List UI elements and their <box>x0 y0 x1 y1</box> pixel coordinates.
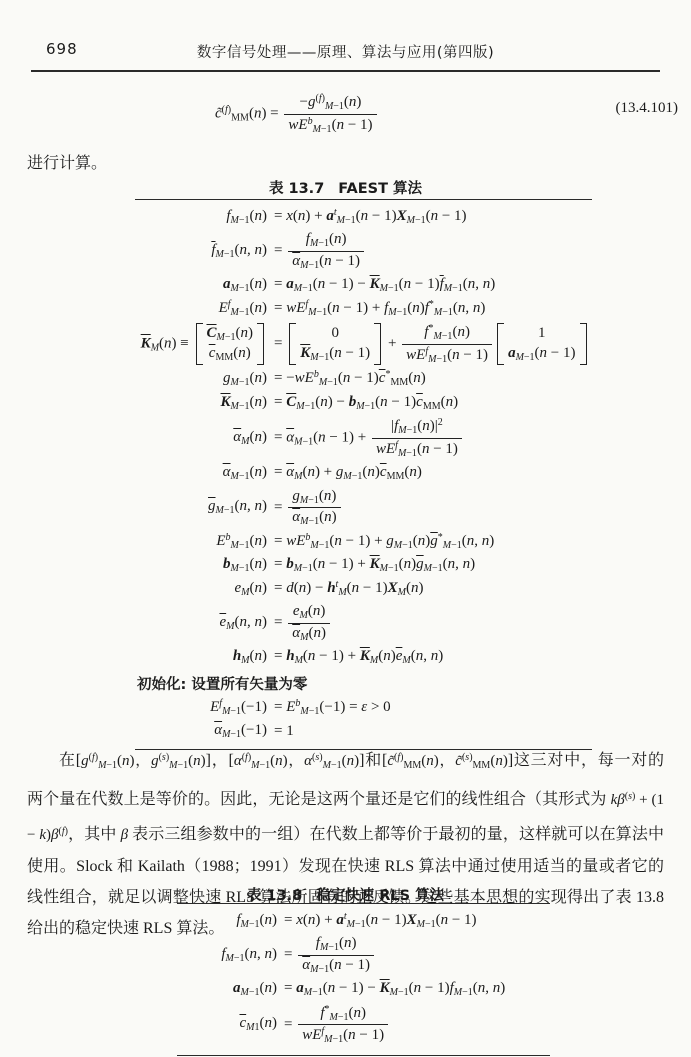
table-13-7-caption: 表 13.7FAEST 算法 <box>0 177 691 198</box>
display-equation-13-4-101: c̃(f)MM(n) = −g(f)M−1(n)wEbM−1(n − 1) (1… <box>0 86 691 142</box>
equation-row: EfM−1(n) = wEfM−1(n − 1) + fM−1(n)f*M−1(… <box>135 297 592 321</box>
equation-lhs: EfM−1(−1) <box>210 698 267 719</box>
equation-lhs: EfM−1(n) <box>219 299 267 320</box>
equation-row: eM(n) = d(n) − htM(n − 1)XM(n) <box>135 577 592 601</box>
equation-rhs: = aM−1(n − 1) − KM−1(n − 1)fM−1(n, n) <box>284 979 505 1000</box>
equation-lhs: fM−1(n, n) <box>221 945 277 966</box>
equation-lhs: aM−1(n) <box>223 275 267 296</box>
equation-row: EbM−1(n) = wEbM−1(n − 1) + gM−1(n)g*M−1(… <box>135 530 592 554</box>
equation-rhs: = aM−1(n − 1) − KM−1(n − 1)fM−1(n, n) <box>274 275 495 296</box>
equation-row: bM−1(n) = bM−1(n − 1) + KM−1(n)gM−1(n, n… <box>135 554 592 578</box>
page-header: 698 数字信号处理——原理、算法与应用(第四版) <box>0 40 691 62</box>
table-13-7-caption-label: 表 13.7 <box>269 181 324 197</box>
table-13-8-caption-label: 表 13.8 <box>247 888 302 904</box>
equation-lhs: bM−1(n) <box>223 555 267 576</box>
equation-lhs: gM−1(n) <box>223 369 267 390</box>
equation-rhs: = αM−1(n − 1) + |fM−1(n)|2wEfM−1(n − 1) <box>274 416 464 460</box>
equation-lhs: fM−1(n) <box>236 911 277 932</box>
equation-row: hM(n) = hM(n − 1) + KM(n)eM(n, n) <box>135 646 592 670</box>
equation-rhs: = −wEbM−1(n − 1)c*MM(n) <box>274 369 426 390</box>
equation-rhs: = CM−1(n) − bM−1(n − 1)cMM(n) <box>274 393 458 414</box>
equation-rhs: = d(n) − htM(n − 1)XM(n) <box>274 579 423 600</box>
equation-rhs: = hM(n − 1) + KM(n)eM(n, n) <box>274 647 443 668</box>
equation-lhs: cM1(n) <box>239 1014 277 1035</box>
equation-rhs: = wEfM−1(n − 1) + fM−1(n)f*M−1(n, n) <box>274 299 485 320</box>
equation-lhs: αM−1(n) <box>223 463 267 484</box>
lead-text: 进行计算。 <box>27 150 107 173</box>
equation-lhs: αM(n) <box>233 428 267 449</box>
equation-rhs: = 0KM−1(n − 1) + f*M−1(n)wEfM−1(n − 1)1a… <box>274 322 590 366</box>
equation-number: (13.4.101) <box>616 100 679 117</box>
equation-rhs: = x(n) + atM−1(n − 1)XM−1(n − 1) <box>284 911 477 932</box>
table-13-8-caption-text: 稳定快速 RLS 算法 <box>316 888 444 904</box>
equation-row: fM−1(n) = x(n) + atM−1(n − 1)XM−1(n − 1) <box>135 205 592 229</box>
equation-lhs: fM−1(n) <box>226 207 267 228</box>
equation-row: KM(n) ≡ CM−1(n)cMM(n) = 0KM−1(n − 1) + f… <box>135 321 592 368</box>
book-page: 698 数字信号处理——原理、算法与应用(第四版) c̃(f)MM(n) = −… <box>0 0 691 1057</box>
equation-lhs: fM−1(n, n) <box>211 241 267 262</box>
equation-rhs: = fM−1(n)αM−1(n − 1) <box>284 934 376 976</box>
equation-lhs: EbM−1(n) <box>216 532 267 553</box>
equation-row: gM−1(n, n) = gM−1(n)αM−1(n) <box>135 485 592 530</box>
equation-row: KM−1(n) = CM−1(n) − bM−1(n − 1)cMM(n) <box>135 391 592 415</box>
equation-row: αM(n) = αM−1(n − 1) + |fM−1(n)|2wEfM−1(n… <box>135 415 592 462</box>
table-13-7-equations: fM−1(n) = x(n) + atM−1(n − 1)XM−1(n − 1)… <box>135 205 592 669</box>
equation-row: cM1(n) = f*M−1(n)wEfM−1(n − 1) <box>177 1001 550 1048</box>
init-label: 初始化: 设置所有矢量为零 <box>135 669 592 696</box>
equation-row: αM−1(n) = αM(n) + gM−1(n)cMM(n) <box>135 462 592 486</box>
equation-lhs: eM(n) <box>234 579 267 600</box>
table-13-7: fM−1(n) = x(n) + atM−1(n − 1)XM−1(n − 1)… <box>135 199 592 750</box>
equation-rhs: = bM−1(n − 1) + KM−1(n)gM−1(n, n) <box>274 555 475 576</box>
equation-lhs: KM(n) ≡ CM−1(n)cMM(n) <box>141 322 267 366</box>
equation-rhs: = 1 <box>274 722 294 741</box>
equation-row: fM−1(n, n) = fM−1(n)αM−1(n − 1) <box>177 933 550 978</box>
equation-lhs: gM−1(n, n) <box>208 497 267 518</box>
equation-lhs: KM−1(n) <box>221 393 268 414</box>
equation-rhs: = f*M−1(n)wEfM−1(n − 1) <box>284 1003 390 1047</box>
equation-row: aM−1(n) = aM−1(n − 1) − KM−1(n − 1)fM−1(… <box>135 274 592 298</box>
equation-row: αM−1(−1) = 1 <box>135 720 592 744</box>
equation-lhs: aM−1(n) <box>233 979 277 1000</box>
equation-rhs: = fM−1(n)αM−1(n − 1) <box>274 230 366 272</box>
equation-row: EfM−1(−1) = EbM−1(−1) = ε > 0 <box>135 696 592 720</box>
equation-body: c̃(f)MM(n) = −g(f)M−1(n)wEbM−1(n − 1) <box>215 92 379 136</box>
table-13-8-caption: 表 13.8稳定快速 RLS 算法 <box>0 884 691 905</box>
equation-row: aM−1(n) = aM−1(n − 1) − KM−1(n − 1)fM−1(… <box>177 978 550 1002</box>
equation-row: gM−1(n) = −wEbM−1(n − 1)c*MM(n) <box>135 368 592 392</box>
equation-row: fM−1(n, n) = fM−1(n)αM−1(n − 1) <box>135 229 592 274</box>
header-title: 数字信号处理——原理、算法与应用(第四版) <box>0 41 691 62</box>
equation-rhs: = x(n) + atM−1(n − 1)XM−1(n − 1) <box>274 207 467 228</box>
table-13-8-equations: fM−1(n) = x(n) + atM−1(n − 1)XM−1(n − 1)… <box>177 909 550 1048</box>
equation-rhs: = gM−1(n)αM−1(n) <box>274 487 343 529</box>
table-13-7-init-equations: EfM−1(−1) = EbM−1(−1) = ε > 0 αM−1(−1) =… <box>135 696 592 743</box>
table-13-7-caption-text: FAEST 算法 <box>338 181 422 197</box>
equation-rhs: = EbM−1(−1) = ε > 0 <box>274 698 391 719</box>
equation-row: eM(n, n) = eM(n)αM(n) <box>135 601 592 646</box>
equation-row: fM−1(n) = x(n) + atM−1(n − 1)XM−1(n − 1) <box>177 909 550 933</box>
table-13-8: fM−1(n) = x(n) + atM−1(n − 1)XM−1(n − 1)… <box>177 903 550 1056</box>
equation-rhs: = wEbM−1(n − 1) + gM−1(n)g*M−1(n, n) <box>274 532 494 553</box>
equation-rhs: = αM(n) + gM−1(n)cMM(n) <box>274 463 422 484</box>
equation-lhs: eM(n, n) <box>219 613 267 634</box>
equation-lhs: αM−1(−1) <box>214 721 267 742</box>
equation-lhs: hM(n) <box>233 647 267 668</box>
equation-rhs: = eM(n)αM(n) <box>274 602 332 644</box>
header-rule <box>31 70 660 72</box>
